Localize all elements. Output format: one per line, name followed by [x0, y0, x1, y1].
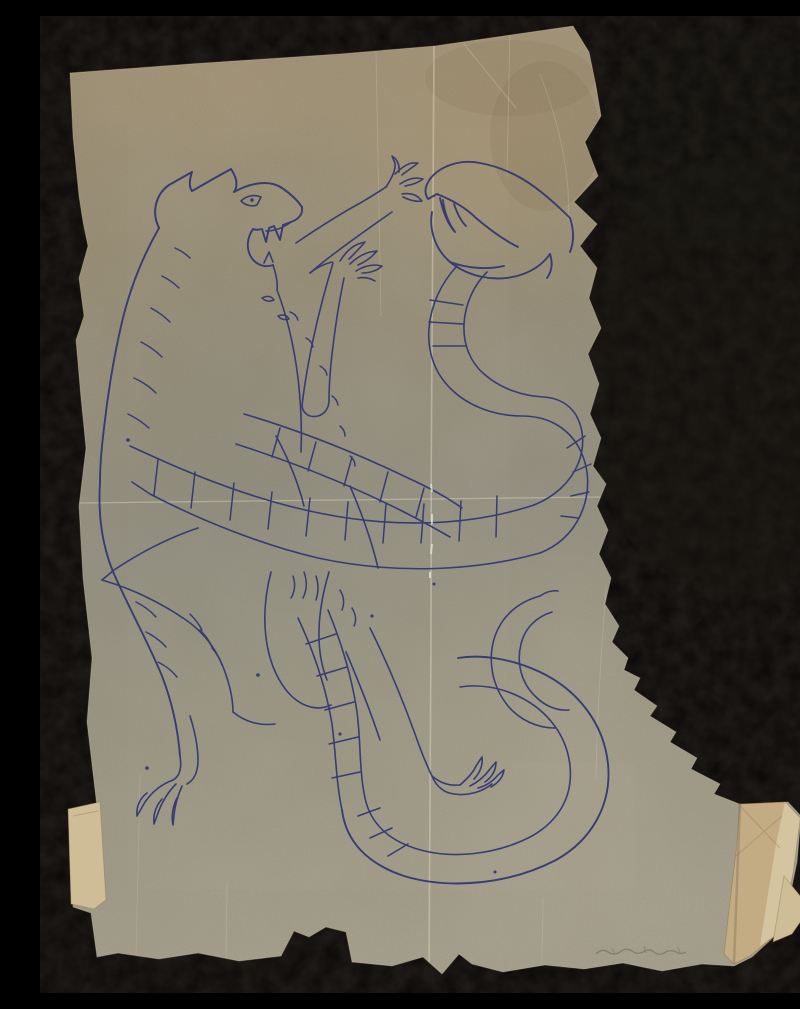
artwork-photo-svg: [40, 16, 800, 993]
bottom-left-patch: [68, 802, 106, 909]
photograph-of-drawing: [40, 16, 800, 993]
